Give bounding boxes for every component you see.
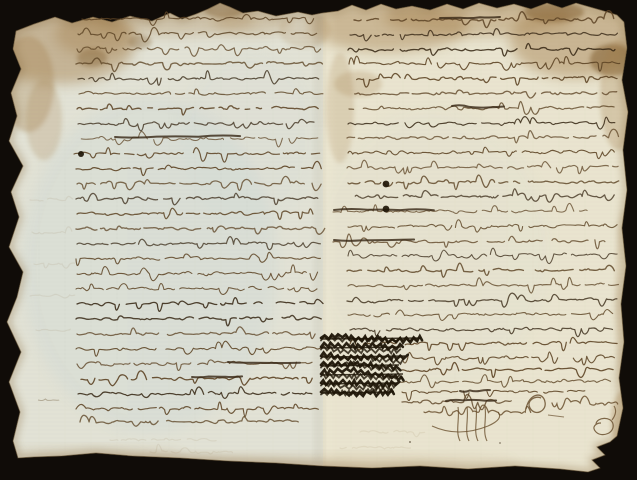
crossed-out-scribble xyxy=(321,374,403,375)
crossed-out-scribble xyxy=(321,383,397,384)
age-stain xyxy=(77,49,107,67)
crossed-out-scribble xyxy=(321,347,401,348)
age-stain xyxy=(26,80,62,160)
crossed-out-scribble xyxy=(321,356,405,357)
crossed-out-scribble xyxy=(321,365,399,366)
manuscript-document-scan xyxy=(0,0,637,480)
stray-ink-dot xyxy=(499,442,501,444)
strikethrough-mark xyxy=(440,17,500,18)
paper-surface xyxy=(0,0,637,480)
gutter-highlight xyxy=(323,12,333,464)
strikethrough-mark xyxy=(446,400,496,401)
ink-dot-bullet xyxy=(78,151,84,157)
archival-scan-viewport xyxy=(0,0,637,480)
paper-spread xyxy=(0,0,637,480)
stray-ink-dot xyxy=(409,441,411,443)
strikethrough-mark xyxy=(192,376,242,377)
strikethrough-mark xyxy=(228,362,300,363)
ink-dot-bullet xyxy=(383,206,390,213)
ink-dot-bullet xyxy=(383,181,390,188)
crossed-out-scribble xyxy=(321,338,421,339)
crossed-out-scribble xyxy=(321,392,393,393)
